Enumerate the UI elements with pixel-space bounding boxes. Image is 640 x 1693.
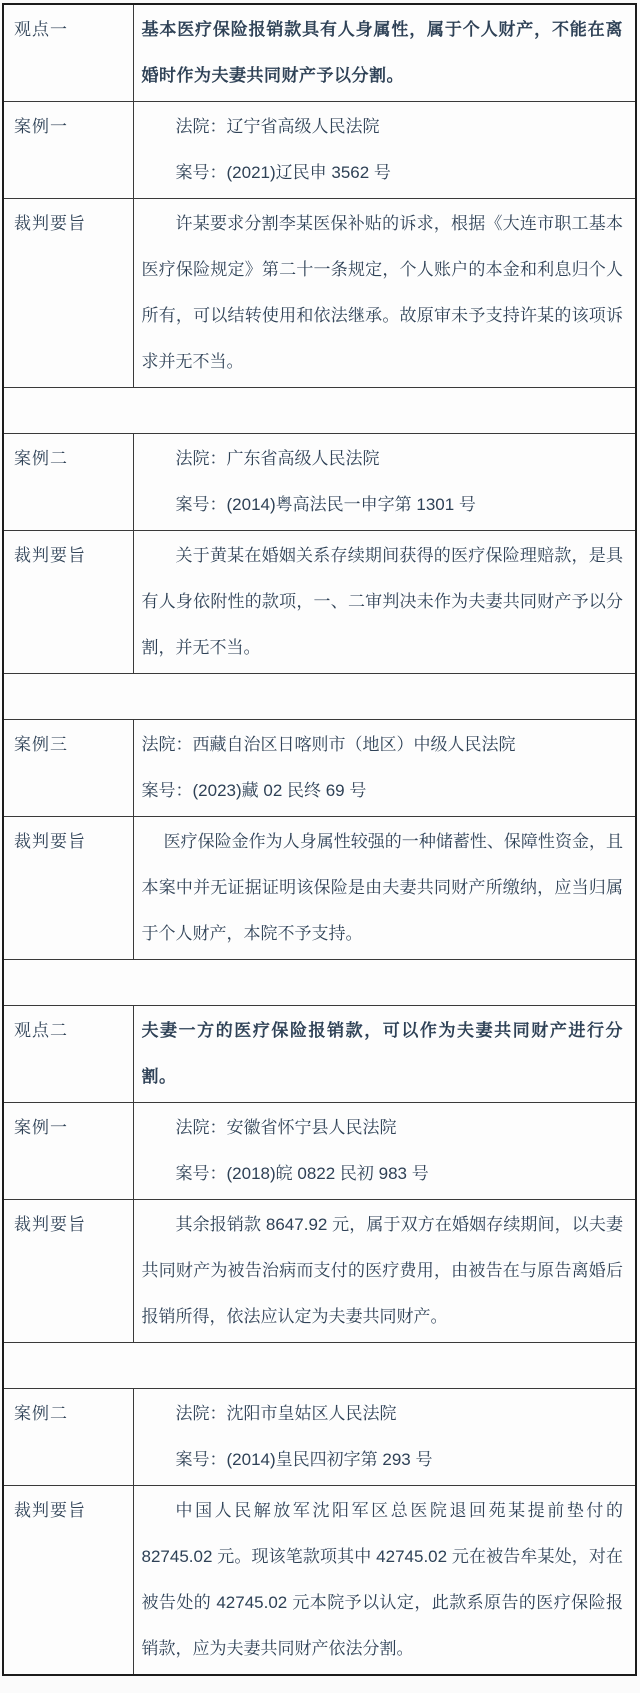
table-row-case: 案例三法院：西藏自治区日喀则市（地区）中级人民法院案号：(2023)藏 02 民… — [3, 720, 636, 817]
row-label: 裁判要旨 — [3, 817, 133, 960]
court-line: 法院：安徽省怀宁县人民法院 — [142, 1105, 624, 1151]
row-label: 裁判要旨 — [3, 1200, 133, 1343]
table-row-spacer — [3, 960, 636, 1006]
court-line: 法院：西藏自治区日喀则市（地区）中级人民法院 — [142, 722, 624, 768]
row-label: 裁判要旨 — [3, 1486, 133, 1676]
table-row-gist: 裁判要旨许某要求分割李某医保补贴的诉求，根据《大连市职工基本医疗保险规定》第二十… — [3, 199, 636, 388]
case-number-line: 案号：(2023)藏 02 民终 69 号 — [142, 768, 624, 814]
table-row-gist: 裁判要旨中国人民解放军沈阳军区总医院退回苑某提前垫付的 82745.02 元。现… — [3, 1486, 636, 1676]
case-number-line: 案号：(2021)辽民申 3562 号 — [142, 150, 624, 196]
court-line: 法院：辽宁省高级人民法院 — [142, 104, 624, 150]
case-number-line: 案号：(2018)皖 0822 民初 983 号 — [142, 1151, 624, 1197]
table-row-spacer — [3, 674, 636, 720]
case-content-cell: 法院：西藏自治区日喀则市（地区）中级人民法院案号：(2023)藏 02 民终 6… — [133, 720, 636, 817]
case-table-body: 观点一基本医疗保险报销款具有人身属性，属于个人财产，不能在离婚时作为夫妻共同财产… — [3, 4, 636, 1675]
court-line: 法院：沈阳市皇姑区人民法院 — [142, 1391, 624, 1437]
spacer-cell — [3, 1343, 636, 1389]
gist-content-cell: 许某要求分割李某医保补贴的诉求，根据《大连市职工基本医疗保险规定》第二十一条规定… — [133, 199, 636, 388]
table-row-gist: 裁判要旨其余报销款 8647.92 元，属于双方在婚姻存续期间，以夫妻共同财产为… — [3, 1200, 636, 1343]
row-label: 案例二 — [3, 434, 133, 531]
case-number-line: 案号：(2014)皇民四初字第 293 号 — [142, 1437, 624, 1483]
case-content-cell: 法院：安徽省怀宁县人民法院案号：(2018)皖 0822 民初 983 号 — [133, 1103, 636, 1200]
viewpoint-content-cell: 基本医疗保险报销款具有人身属性，属于个人财产，不能在离婚时作为夫妻共同财产予以分… — [133, 4, 636, 102]
table-row-case: 案例一法院：安徽省怀宁县人民法院案号：(2018)皖 0822 民初 983 号 — [3, 1103, 636, 1200]
row-label: 观点二 — [3, 1006, 133, 1103]
row-label: 裁判要旨 — [3, 199, 133, 388]
table-row-spacer — [3, 388, 636, 434]
row-label: 裁判要旨 — [3, 531, 133, 674]
gist-content-cell: 其余报销款 8647.92 元，属于双方在婚姻存续期间，以夫妻共同财产为被告治病… — [133, 1200, 636, 1343]
spacer-cell — [3, 960, 636, 1006]
gist-text: 中国人民解放军沈阳军区总医院退回苑某提前垫付的 82745.02 元。现该笔款项… — [142, 1488, 624, 1672]
row-label: 案例二 — [3, 1389, 133, 1486]
table-row-viewpoint: 观点二夫妻一方的医疗保险报销款，可以作为夫妻共同财产进行分割。 — [3, 1006, 636, 1103]
viewpoint-text: 基本医疗保险报销款具有人身属性，属于个人财产，不能在离婚时作为夫妻共同财产予以分… — [142, 7, 624, 99]
case-content-cell: 法院：广东省高级人民法院案号：(2014)粤高法民一申字第 1301 号 — [133, 434, 636, 531]
gist-text: 关于黄某在婚姻关系存续期间获得的医疗保险理赔款，是具有人身依附性的款项，一、二审… — [142, 533, 624, 671]
viewpoint-text: 夫妻一方的医疗保险报销款，可以作为夫妻共同财产进行分割。 — [142, 1008, 624, 1100]
gist-text: 许某要求分割李某医保补贴的诉求，根据《大连市职工基本医疗保险规定》第二十一条规定… — [142, 201, 624, 385]
table-row-case: 案例二法院：广东省高级人民法院案号：(2014)粤高法民一申字第 1301 号 — [3, 434, 636, 531]
gist-content-cell: 关于黄某在婚姻关系存续期间获得的医疗保险理赔款，是具有人身依附性的款项，一、二审… — [133, 531, 636, 674]
spacer-cell — [3, 388, 636, 434]
table-row-gist: 裁判要旨关于黄某在婚姻关系存续期间获得的医疗保险理赔款，是具有人身依附性的款项，… — [3, 531, 636, 674]
gist-text: 其余报销款 8647.92 元，属于双方在婚姻存续期间，以夫妻共同财产为被告治病… — [142, 1202, 624, 1340]
case-content-cell: 法院：辽宁省高级人民法院案号：(2021)辽民申 3562 号 — [133, 102, 636, 199]
row-label: 案例一 — [3, 1103, 133, 1200]
case-number-line: 案号：(2014)粤高法民一申字第 1301 号 — [142, 482, 624, 528]
table-row-case: 案例二法院：沈阳市皇姑区人民法院案号：(2014)皇民四初字第 293 号 — [3, 1389, 636, 1486]
legal-case-table: 观点一基本医疗保险报销款具有人身属性，属于个人财产，不能在离婚时作为夫妻共同财产… — [2, 3, 637, 1676]
row-label: 案例一 — [3, 102, 133, 199]
row-label: 案例三 — [3, 720, 133, 817]
table-row-gist: 裁判要旨医疗保险金作为人身属性较强的一种储蓄性、保障性资金，且本案中并无证据证明… — [3, 817, 636, 960]
row-label: 观点一 — [3, 4, 133, 102]
court-line: 法院：广东省高级人民法院 — [142, 436, 624, 482]
gist-content-cell: 医疗保险金作为人身属性较强的一种储蓄性、保障性资金，且本案中并无证据证明该保险是… — [133, 817, 636, 960]
spacer-cell — [3, 674, 636, 720]
viewpoint-content-cell: 夫妻一方的医疗保险报销款，可以作为夫妻共同财产进行分割。 — [133, 1006, 636, 1103]
gist-content-cell: 中国人民解放军沈阳军区总医院退回苑某提前垫付的 82745.02 元。现该笔款项… — [133, 1486, 636, 1676]
page: 观点一基本医疗保险报销款具有人身属性，属于个人财产，不能在离婚时作为夫妻共同财产… — [0, 0, 640, 1679]
case-content-cell: 法院：沈阳市皇姑区人民法院案号：(2014)皇民四初字第 293 号 — [133, 1389, 636, 1486]
table-row-viewpoint: 观点一基本医疗保险报销款具有人身属性，属于个人财产，不能在离婚时作为夫妻共同财产… — [3, 4, 636, 102]
gist-text: 医疗保险金作为人身属性较强的一种储蓄性、保障性资金，且本案中并无证据证明该保险是… — [142, 819, 624, 957]
table-row-spacer — [3, 1343, 636, 1389]
table-row-case: 案例一法院：辽宁省高级人民法院案号：(2021)辽民申 3562 号 — [3, 102, 636, 199]
